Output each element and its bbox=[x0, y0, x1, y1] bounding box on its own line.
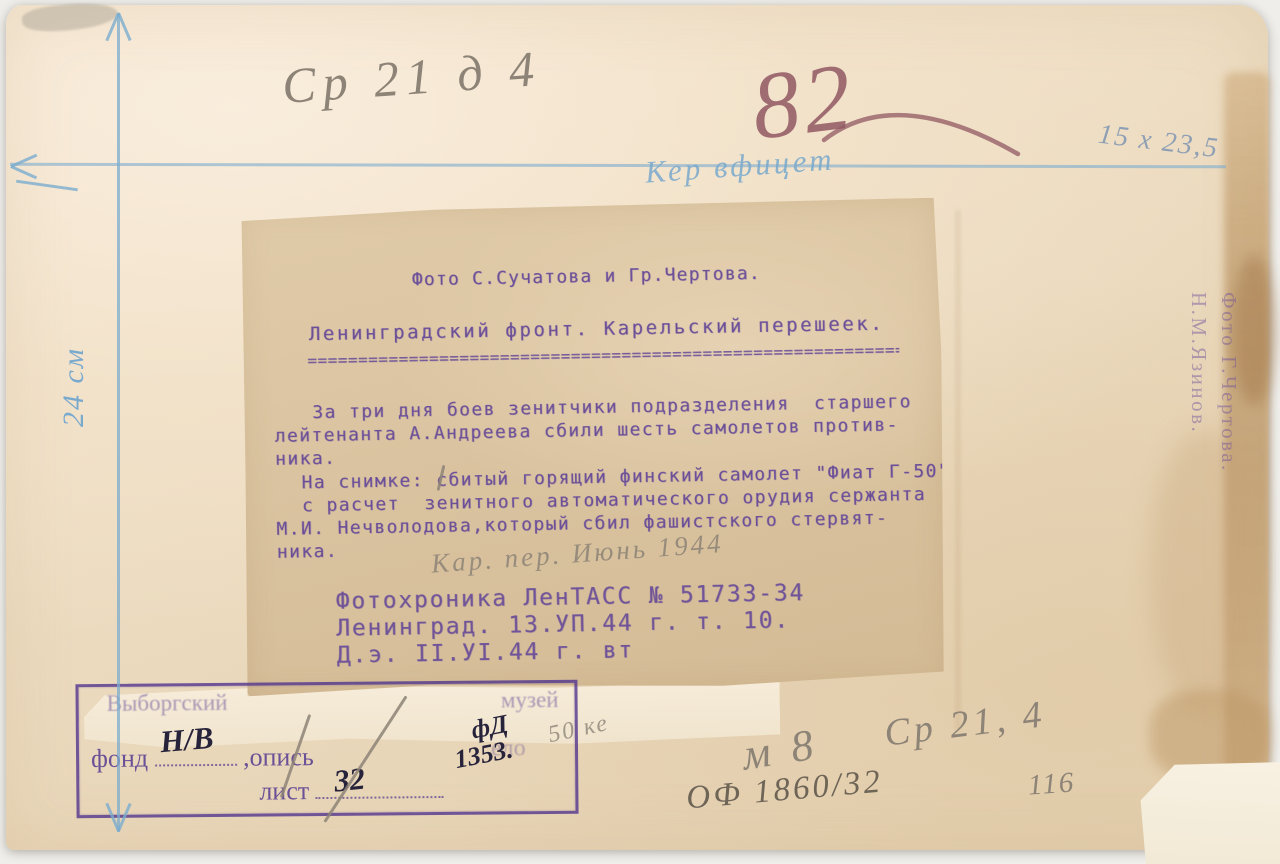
fond-label: фонд bbox=[91, 744, 148, 773]
typewritten-underline: ========================================… bbox=[307, 340, 899, 370]
front-title-line: Ленинградский фронт. Карельский перешеек… bbox=[309, 313, 885, 346]
caption-label-card: Фото С.Сучатова и Гр.Чертова. Ленинградс… bbox=[239, 198, 948, 697]
side-photographer-stamp: Фото Г.Чертова. Н.М.Язинов. bbox=[1184, 292, 1244, 612]
side-stamp-line: Н.М.Язинов. bbox=[1184, 292, 1214, 612]
paper-crease bbox=[956, 210, 960, 730]
fd-accession-number: фД 1353. bbox=[448, 711, 515, 773]
crop-line-vertical bbox=[117, 14, 120, 832]
photo-credit-line: Фото С.Сучатова и Гр.Чертова. bbox=[412, 263, 761, 290]
vertical-measure-note: 24 см bbox=[57, 325, 91, 449]
annotation-116: 116 bbox=[1027, 766, 1077, 802]
photo-back-scan: Ср 21 д 4 82 Кер вфицет 15 х 23,5 24 см … bbox=[0, 0, 1280, 864]
side-stamp-line: Фото Г.Чертова. bbox=[1214, 292, 1244, 612]
opis-label: ,опись bbox=[243, 742, 314, 772]
red-flourish-stroke bbox=[818, 98, 1028, 168]
fond-value-handwritten: Н/В bbox=[159, 720, 215, 761]
stamp-museum-fragment: музей bbox=[501, 687, 559, 714]
stamp-city-fragment: Выборгский bbox=[106, 690, 227, 717]
caption-paragraph-1: За три дня боев зенитчики подразделения … bbox=[274, 390, 913, 471]
agency-block: Фотохроника ЛенТАСС № 51733-34 Ленинград… bbox=[336, 580, 807, 670]
